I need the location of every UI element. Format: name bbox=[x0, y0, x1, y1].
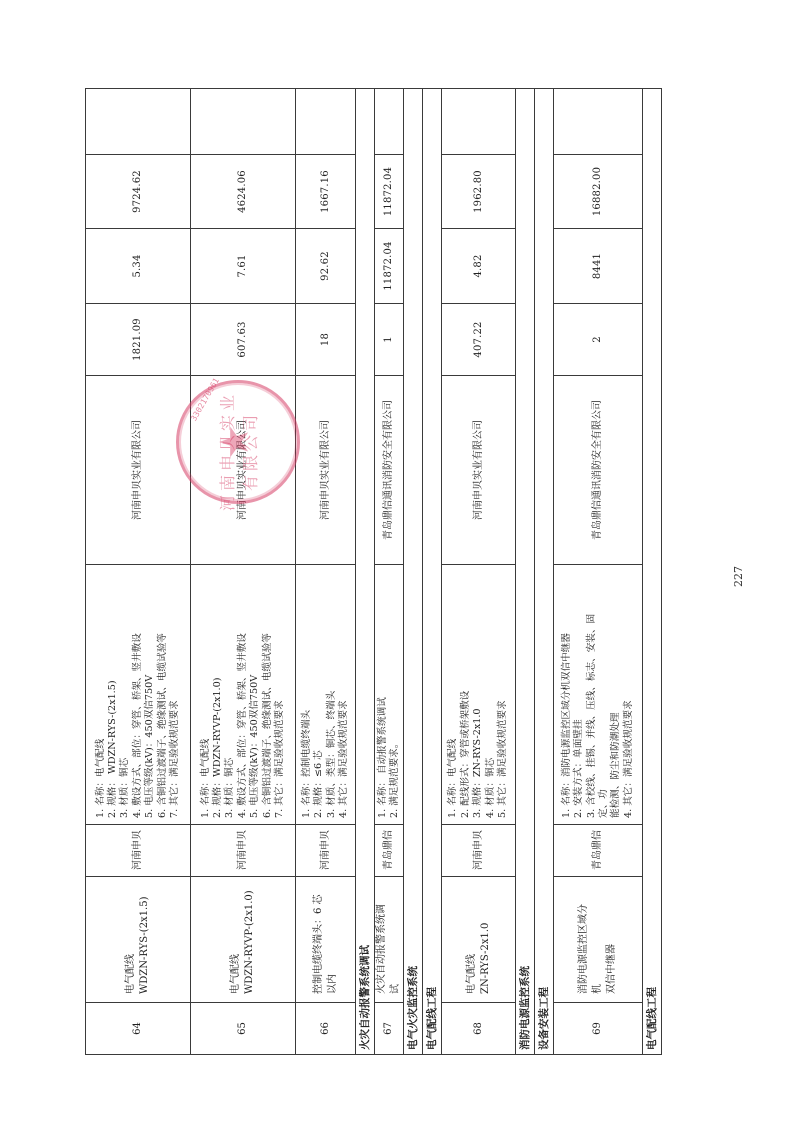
table-row: 68电气配线ZN-RYS-2x1.0河南申贝1. 名称：电气配线2. 配线形式：… bbox=[442, 89, 516, 1055]
table-row: 64电气配线WDZN-RYS-(2x1.5)河南申贝1. 名称：电气配线2. 规… bbox=[86, 89, 191, 1055]
item-name: 电气配线WDZN-RYS-(2x1.5) bbox=[86, 877, 191, 1003]
supplier-company-name: 河南申贝实业有限公司 bbox=[86, 376, 191, 565]
total-price: 9724.62 bbox=[86, 155, 191, 229]
item-description-line: 3. 含校线、挂锡、并线、压线、标志、安装、固 bbox=[586, 565, 598, 818]
item-description: 1. 名称：消防电源监控区域分机双信中继器2. 安装方式：单面壁挂3. 含校线、… bbox=[554, 565, 643, 825]
item-description-line: 4. 敷设方式、部位：穿管、桥架、竖井敷设 bbox=[237, 565, 249, 818]
item-description: 1. 名称：电气配线2. 配线形式：穿管或桥架敷设3. 规格：ZN-RYS-2x… bbox=[442, 565, 516, 825]
item-description-line: 4. 材质：铜芯 bbox=[485, 565, 497, 818]
table-row: 69消防电源监控区域分机双信中继器青岛鼎信1. 名称：消防电源监控区域分机双信中… bbox=[554, 89, 643, 1055]
item-name-line: 控制电缆终端头：6 芯 bbox=[312, 877, 326, 994]
section-title: 消防电源监控系统 bbox=[516, 89, 535, 1055]
unit-price: 7.61 bbox=[191, 229, 296, 304]
total-price: 4624.06 bbox=[191, 155, 296, 229]
item-description-line: 1. 名称：电气配线 bbox=[200, 565, 212, 818]
item-description-line: 4. 其它：满足验收规范要求 bbox=[338, 565, 350, 818]
item-name-line: 机 bbox=[591, 877, 605, 994]
item-description-line: 7. 其它：满足验收规范要求 bbox=[169, 565, 181, 818]
total-price: 16882.00 bbox=[554, 155, 643, 229]
total-price: 1962.80 bbox=[442, 155, 516, 229]
section-header-row: 火灾自动报警系统调试 bbox=[356, 89, 375, 1055]
quantity: 407.22 bbox=[442, 304, 516, 376]
item-name: 火灾自动报警系统调试 bbox=[375, 877, 404, 1003]
item-description-line: 3. 材质、类型：铜芯、终端头 bbox=[326, 565, 338, 818]
item-description-line: 7. 其它：满足验收规范要求 bbox=[274, 565, 286, 818]
item-name-line: 双信中继器 bbox=[605, 877, 619, 994]
item-description-line: 6. 含铜铝过渡端子、绝缘测试、电缆试验等 bbox=[262, 565, 274, 818]
item-description: 1. 名称：电气配线2. 规格： WDZN-RYS-(2x1.5)3. 材质：铜… bbox=[86, 565, 191, 825]
item-description: 1. 名称：电气配线2. 规格：WDZN-RYVP-(2x1.0)3. 材质：铜… bbox=[191, 565, 296, 825]
item-name-line: ZN-RYS-2x1.0 bbox=[479, 877, 493, 994]
item-description-line: 定、功 bbox=[598, 565, 610, 818]
item-description-line: 1. 名称：消防电源监控区域分机双信中继器 bbox=[561, 565, 573, 818]
item-name-line: 电气配线 bbox=[465, 877, 479, 994]
supplier-company-name: 河南申贝实业有限公司 bbox=[191, 376, 296, 565]
item-description: 1. 名称：控制电缆终端头2. 规格：≤6 芯3. 材质、类型：铜芯、终端头4.… bbox=[296, 565, 356, 825]
item-description-line: 4. 其它：满足验收规范要求 bbox=[623, 565, 635, 818]
supplier-short-name: 青岛鼎信 bbox=[375, 825, 404, 877]
row-number: 67 bbox=[375, 1003, 404, 1055]
table-row: 66控制电缆终端头：6 芯以内河南申贝1. 名称：控制电缆终端头2. 规格：≤6… bbox=[296, 89, 356, 1055]
item-description-line: 6. 含铜铝过渡端子、绝缘测试、电缆试验等 bbox=[157, 565, 169, 818]
item-description-line: 3. 规格：ZN-RYS-2x1.0 bbox=[472, 565, 484, 818]
unit-price: 92.62 bbox=[296, 229, 356, 304]
remark bbox=[554, 89, 643, 155]
item-name-line: 电气配线 bbox=[229, 877, 243, 994]
page-number: 227 bbox=[732, 566, 745, 587]
item-description-line: 2. 满足规范要求。 bbox=[389, 565, 401, 818]
section-title: 电气火灾监控系统 bbox=[404, 89, 423, 1055]
item-description-line: 2. 规格： WDZN-RYS-(2x1.5) bbox=[107, 565, 119, 818]
row-number: 68 bbox=[442, 1003, 516, 1055]
row-number: 65 bbox=[191, 1003, 296, 1055]
item-name-line: WDZN-RYS-(2x1.5) bbox=[138, 877, 152, 994]
supplier-short-name: 河南申贝 bbox=[86, 825, 191, 877]
item-name-line: 试 bbox=[389, 877, 403, 994]
item-description-line: 1. 名称： 自动报警系统调试 bbox=[377, 565, 389, 818]
item-name: 电气配线ZN-RYS-2x1.0 bbox=[442, 877, 516, 1003]
item-description-line: 1. 名称：电气配线 bbox=[95, 565, 107, 818]
item-description-line: 5. 其它：满足验收规范要求 bbox=[497, 565, 509, 818]
item-description-line: 1. 名称：电气配线 bbox=[447, 565, 459, 818]
total-price: 1667.16 bbox=[296, 155, 356, 229]
supplier-short-name: 青岛鼎信 bbox=[554, 825, 643, 877]
unit-price: 8441 bbox=[554, 229, 643, 304]
section-title: 火灾自动报警系统调试 bbox=[356, 89, 375, 1055]
bill-of-quantities-table: 64电气配线WDZN-RYS-(2x1.5)河南申贝1. 名称：电气配线2. 规… bbox=[85, 88, 662, 1055]
supplier-company-name: 河南申贝实业有限公司 bbox=[442, 376, 516, 565]
quantity: 1 bbox=[375, 304, 404, 376]
table-row: 65电气配线WDZN-RYVP-(2x1.0)河南申贝1. 名称：电气配线2. … bbox=[191, 89, 296, 1055]
section-title: 电气配线工程 bbox=[423, 89, 442, 1055]
item-description-line: 2. 安装方式：单面壁挂 bbox=[573, 565, 585, 818]
supplier-company-name: 青岛鼎信通讯消防安全有限公司 bbox=[375, 376, 404, 565]
unit-price: 11872.04 bbox=[375, 229, 404, 304]
section-header-row: 电气配线工程 bbox=[423, 89, 442, 1055]
quantity: 2 bbox=[554, 304, 643, 376]
quantity: 1821.09 bbox=[86, 304, 191, 376]
quantity: 18 bbox=[296, 304, 356, 376]
item-description-line: 2. 规格：WDZN-RYVP-(2x1.0) bbox=[212, 565, 224, 818]
section-header-row: 电气火灾监控系统 bbox=[404, 89, 423, 1055]
item-description: 1. 名称： 自动报警系统调试2. 满足规范要求。 bbox=[375, 565, 404, 825]
item-name-line: 以内 bbox=[326, 877, 340, 994]
item-description-line: 能检测、防尘和防潮处理 bbox=[610, 565, 622, 818]
item-name: 电气配线WDZN-RYVP-(2x1.0) bbox=[191, 877, 296, 1003]
remark bbox=[86, 89, 191, 155]
remark bbox=[296, 89, 356, 155]
item-name-line: 火灾自动报警系统调 bbox=[375, 877, 389, 994]
item-description-line: 5. 电压等级(kV)：450双信750V bbox=[249, 565, 261, 818]
unit-price: 5.34 bbox=[86, 229, 191, 304]
item-name-line: WDZN-RYVP-(2x1.0) bbox=[243, 877, 257, 994]
supplier-short-name: 河南申贝 bbox=[296, 825, 356, 877]
item-name-line: 电气配线 bbox=[124, 877, 138, 994]
row-number: 64 bbox=[86, 1003, 191, 1055]
remark bbox=[375, 89, 404, 155]
remark bbox=[442, 89, 516, 155]
row-number: 66 bbox=[296, 1003, 356, 1055]
item-name: 消防电源监控区域分机双信中继器 bbox=[554, 877, 643, 1003]
item-name-line: 消防电源监控区域分 bbox=[577, 877, 591, 994]
section-header-row: 电气配线工程 bbox=[643, 89, 662, 1055]
rotated-table-sheet: 64电气配线WDZN-RYS-(2x1.5)河南申贝1. 名称：电气配线2. 规… bbox=[85, 89, 661, 1055]
supplier-company-name: 青岛鼎信通讯消防安全有限公司 bbox=[554, 376, 643, 565]
item-description-line: 3. 材质：铜芯 bbox=[224, 565, 236, 818]
supplier-short-name: 河南申贝 bbox=[191, 825, 296, 877]
item-description-line: 2. 配线形式：穿管或桥架敷设 bbox=[460, 565, 472, 818]
remark bbox=[191, 89, 296, 155]
item-description-line: 1. 名称：控制电缆终端头 bbox=[301, 565, 313, 818]
row-number: 69 bbox=[554, 1003, 643, 1055]
supplier-short-name: 河南申贝 bbox=[442, 825, 516, 877]
total-price: 11872.04 bbox=[375, 155, 404, 229]
table-row: 67火灾自动报警系统调试青岛鼎信1. 名称： 自动报警系统调试2. 满足规范要求… bbox=[375, 89, 404, 1055]
section-title: 设备安装工程 bbox=[535, 89, 554, 1055]
item-description-line: 5. 电压等级(kV)：450双信750V bbox=[144, 565, 156, 818]
unit-price: 4.82 bbox=[442, 229, 516, 304]
section-header-row: 设备安装工程 bbox=[535, 89, 554, 1055]
item-description-line: 2. 规格：≤6 芯 bbox=[313, 565, 325, 818]
quantity: 607.63 bbox=[191, 304, 296, 376]
section-header-row: 消防电源监控系统 bbox=[516, 89, 535, 1055]
supplier-company-name: 河南申贝实业有限公司 bbox=[296, 376, 356, 565]
section-title: 电气配线工程 bbox=[643, 89, 662, 1055]
item-description-line: 4. 敷设方式、部位：穿管、桥架、竖井敷设 bbox=[132, 565, 144, 818]
item-name: 控制电缆终端头：6 芯以内 bbox=[296, 877, 356, 1003]
item-description-line: 3. 材质：铜芯 bbox=[119, 565, 131, 818]
